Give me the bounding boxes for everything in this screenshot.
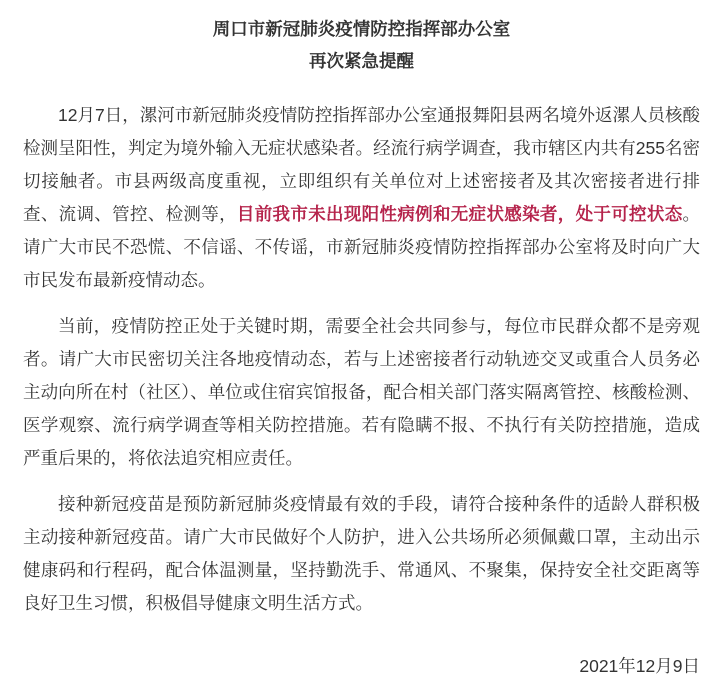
notice-title-line1: 周口市新冠肺炎疫情防控指挥部办公室 [23, 13, 700, 45]
notice-document: 周口市新冠肺炎疫情防控指挥部办公室 再次紧急提醒 12月7日，漯河市新冠肺炎疫情… [0, 0, 722, 695]
paragraph-3: 接种新冠疫苗是预防新冠肺炎疫情最有效的手段，请符合接种条件的适龄人群积极主动接种… [23, 488, 700, 620]
notice-body: 12月7日，漯河市新冠肺炎疫情防控指挥部办公室通报舞阳县两名境外返漯人员核酸检测… [23, 99, 700, 620]
notice-date: 2021年12月9日 [23, 650, 700, 683]
paragraph-1: 12月7日，漯河市新冠肺炎疫情防控指挥部办公室通报舞阳县两名境外返漯人员核酸检测… [23, 99, 700, 297]
paragraph-2: 当前，疫情防控正处于关键时期，需要全社会共同参与，每位市民群众都不是旁观者。请广… [23, 310, 700, 475]
highlight-emphasis-text: 目前我市未出现阳性病例和无症状感染者，处于可控状态 [237, 204, 683, 224]
notice-title-line2: 再次紧急提醒 [23, 45, 700, 77]
notice-title: 周口市新冠肺炎疫情防控指挥部办公室 再次紧急提醒 [23, 13, 700, 77]
